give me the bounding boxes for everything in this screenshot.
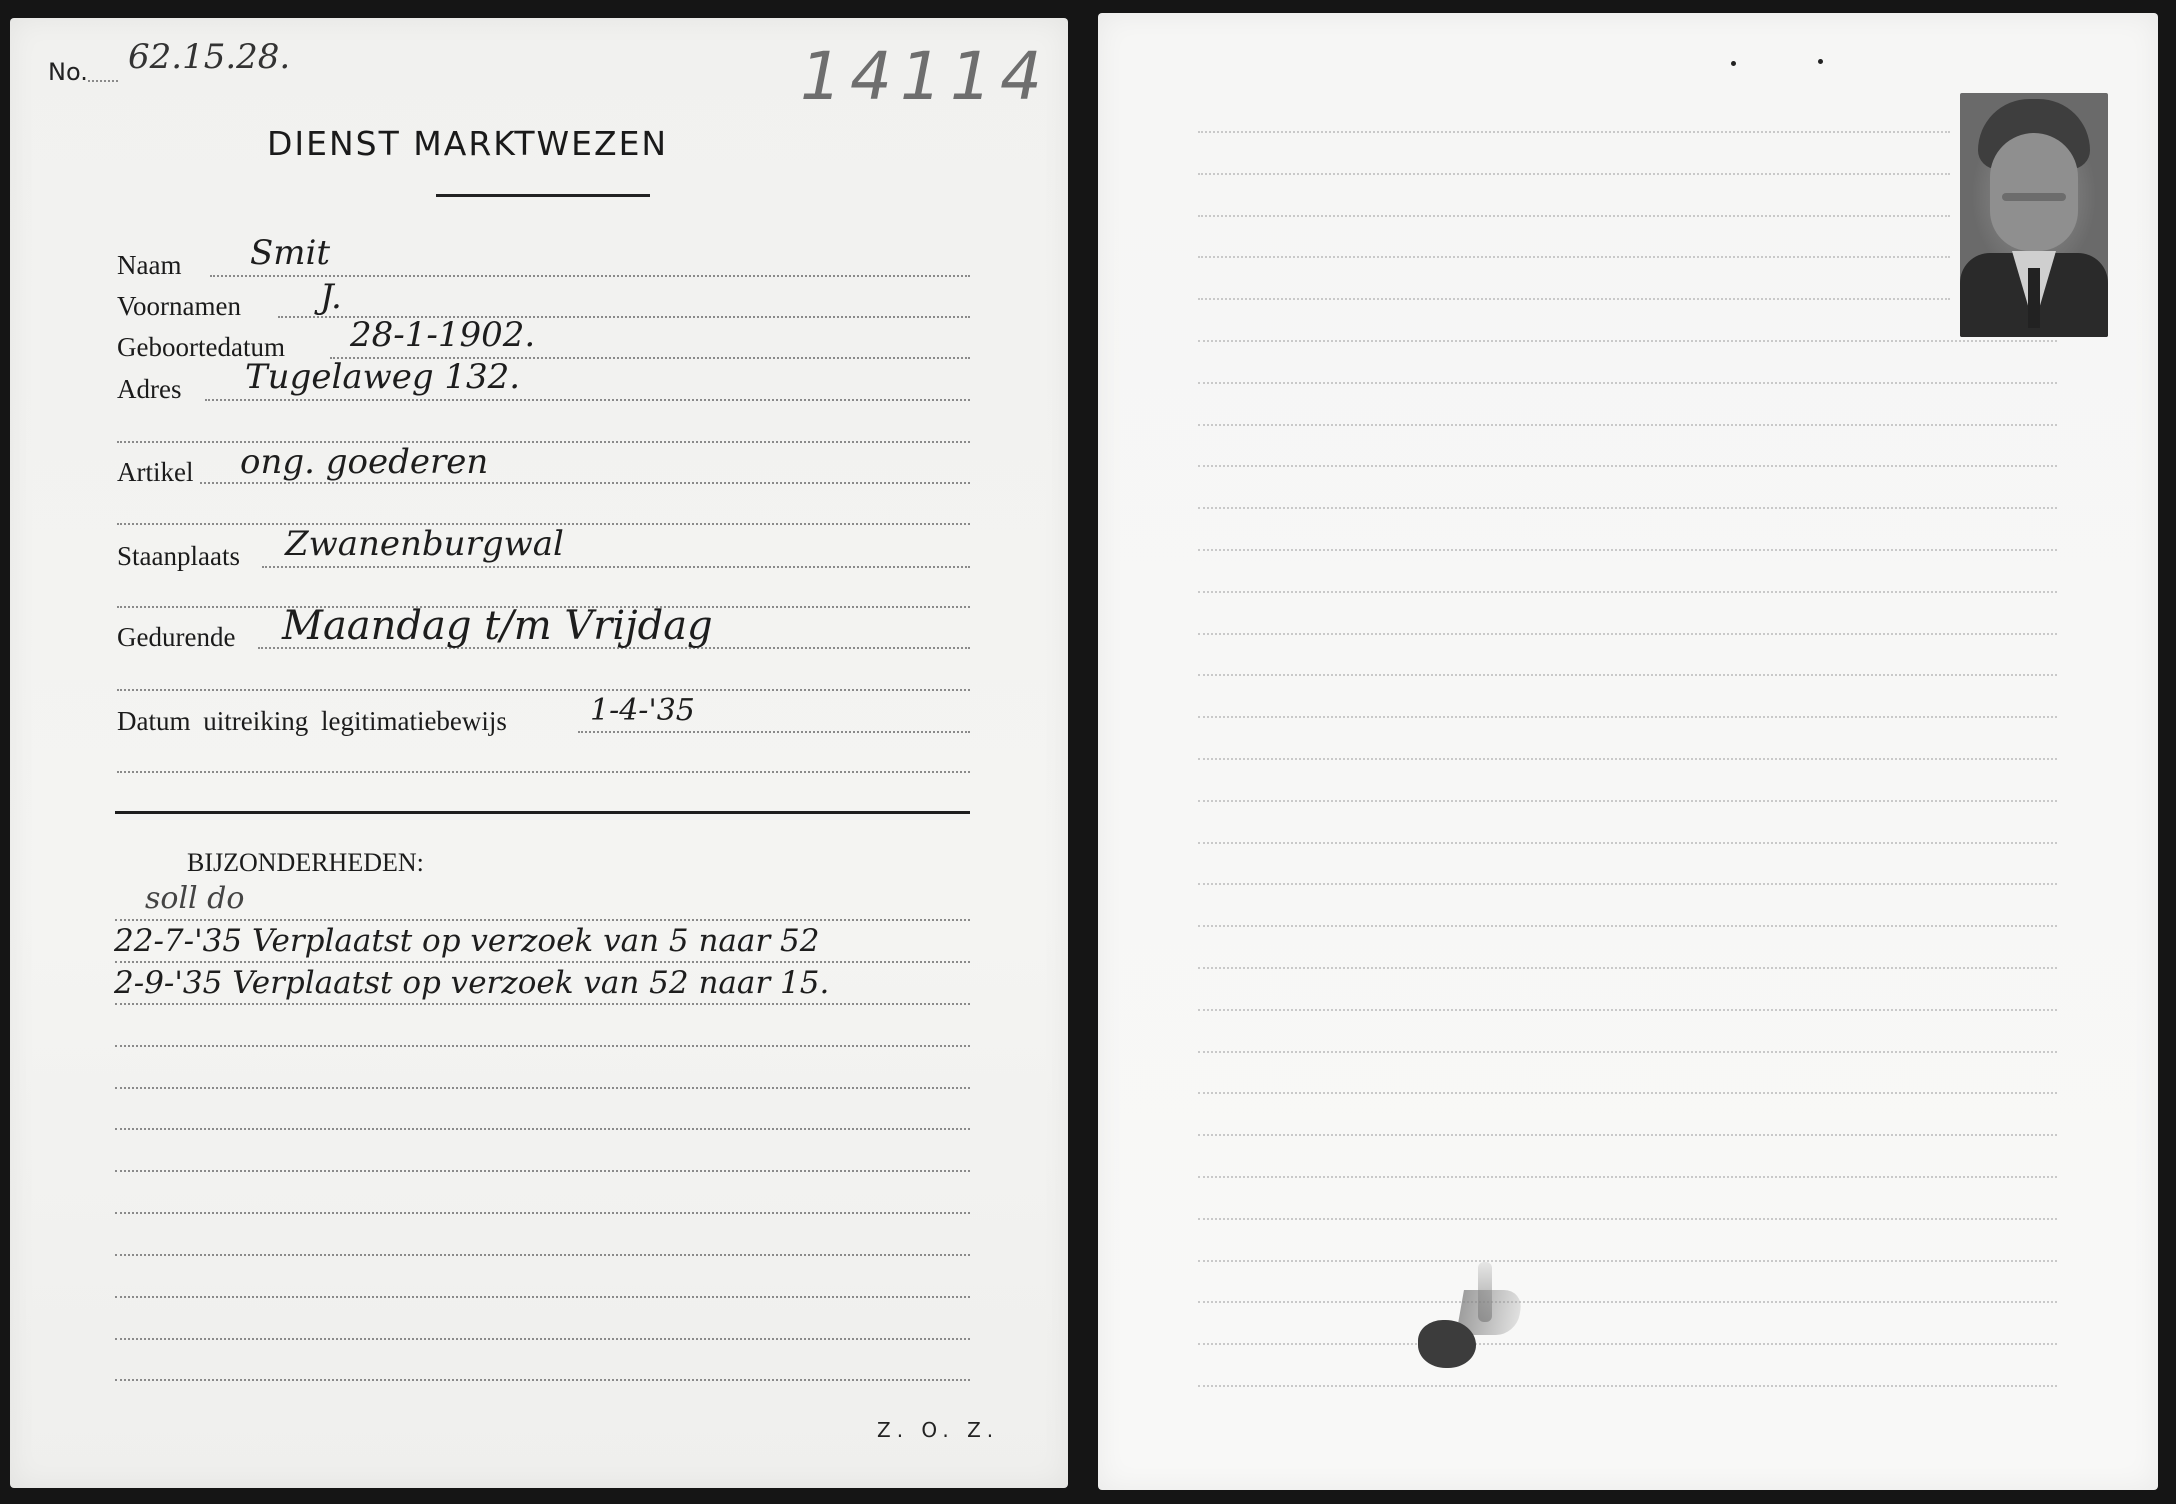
title-underline [436,194,650,197]
ruled-line [1198,1009,2057,1011]
ruled-line [1198,1343,2057,1345]
photo-eyes [2002,193,2066,201]
field-label-adres: Adres [117,376,181,403]
ink-blot [1418,1320,1476,1368]
field-label-artikel: Artikel [117,459,193,486]
field-line-datum-uitreiking [578,731,970,733]
field-value-artikel: ong. goederen [240,445,488,479]
ruled-line [1198,716,2057,718]
ruled-line [1198,758,2057,760]
field-label-gedurende: Gedurende [117,624,235,651]
field-label-staanplaats: Staanplaats [117,543,240,570]
ruled-line [1198,1051,2057,1053]
number-label: No. [48,58,88,86]
ruled-line [115,1296,970,1298]
ruled-line [1198,382,2057,384]
ruled-line [115,1003,970,1005]
photo-face [1990,133,2078,251]
ruled-line [1198,633,2057,635]
ruled-line [1198,340,2057,342]
form-title: DIENST MARKTWEZEN [267,124,668,163]
ruled-line [1198,800,2057,802]
ruled-line [115,1128,970,1130]
number-dotted-line [88,80,118,82]
ruled-line [1198,1092,2057,1094]
ruled-line [1198,674,2057,676]
ruled-line [1198,591,2057,593]
field-value-adres: Tugelaweg 132. [245,360,520,394]
section-divider [115,811,970,814]
ruled-line [1198,215,1950,217]
ruled-line [1198,1176,2057,1178]
portrait-photo [1960,93,2108,337]
remark-line: 22-7-'35 Verplaatst op verzoek van 5 naa… [114,926,820,957]
remarks-heading: BIJZONDERHEDEN: [187,850,424,876]
field-label-datum-uitreiking: Datum uitreiking legitimatiebewijs [117,708,507,735]
ruled-line [1198,1301,2057,1303]
field-value-voornamen: J. [320,280,342,314]
ruled-line [1198,1218,2057,1220]
ruled-line [115,1254,970,1256]
ruled-line [1198,507,2057,509]
ruled-line [1198,256,1950,258]
ruled-line [1198,549,2057,551]
remark-line: soll do [145,884,244,914]
ruled-line [1198,1385,2057,1387]
ruled-line [115,961,970,963]
ruled-line [1198,465,2057,467]
remark-line: 2-9-'35 Verplaatst op verzoek van 52 naa… [114,968,829,999]
field-value-geboortedatum: 28-1-1902. [350,318,535,352]
photo-tie [2028,268,2040,328]
speck [1731,61,1736,66]
ruled-line [115,1045,970,1047]
ruled-line [1198,298,1950,300]
ruled-line [1198,967,2057,969]
ruled-line [115,1170,970,1172]
field-value-staanplaats: Zwanenburgwal [285,527,564,561]
ruled-line [1198,842,2057,844]
field-line-blank [117,771,970,773]
footer-zoz: Z. O. Z. [877,1418,999,1442]
speck [1818,59,1823,64]
archive-number: 14114 [800,38,1050,115]
ruled-line [1198,925,2057,927]
ruled-line [1198,173,1950,175]
field-value-gedurende: Maandag t/m Vrijdag [282,606,713,646]
field-label-naam: Naam [117,252,181,279]
ruled-line [1198,883,2057,885]
number-value: 62.15.28. [128,40,290,74]
field-line-artikel [200,482,970,484]
ruled-line [1198,1134,2057,1136]
index-card-front [10,18,1068,1488]
field-value-datum-uitreiking: 1-4-'35 [590,696,695,726]
ruled-line [115,1379,970,1381]
field-line-blank [117,689,970,691]
ruled-line [115,919,970,921]
field-line-staanplaats [262,566,970,568]
ruled-line [115,1212,970,1214]
ruled-line [115,1087,970,1089]
field-label-voornamen: Voornamen [117,293,241,320]
field-value-naam: Smit [250,236,330,270]
field-line-adres [205,399,970,401]
ruled-line [1198,131,1950,133]
ruled-line [115,1338,970,1340]
ruled-line [1198,424,2057,426]
ruled-line [1198,1260,2057,1262]
